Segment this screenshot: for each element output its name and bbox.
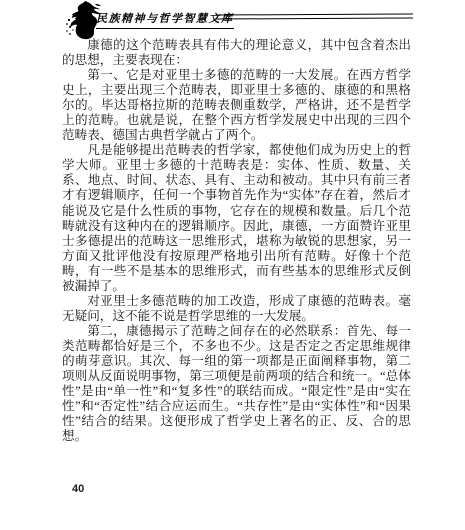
header-double-rule <box>216 13 413 19</box>
series-title: 民族精神与哲学智慧文库 <box>96 10 234 29</box>
body-text: 康德的这个范畴表具有伟大的理论意义，其中包含着杰出的思想，主要表现在： 第一、它… <box>62 38 411 444</box>
paragraph: 第一、它是对亚里士多德的范畴的一大发展。在西方哲学史上，主要出现三个范畴表，即亚… <box>62 68 411 143</box>
paragraph: 对亚里士多德范畴的加工改造，形成了康德的范畴表。毫无疑问，这不能不说是哲学思维的… <box>62 294 411 324</box>
book-page: 民族精神与哲学智慧文库 康德的这个范畴表具有伟大的理论意义，其中包含着杰出的思想… <box>0 0 465 530</box>
paragraph: 凡是能够提出范畴表的哲学家，都使他们成为历史上的哲学大师。亚里士多德的十范畴表是… <box>62 143 411 293</box>
paragraph: 第二，康德揭示了范畴之间存在的必然联系：首先、每一类范畴都恰好是三个，不多也不少… <box>62 324 411 444</box>
page-number: 40 <box>72 483 84 495</box>
paragraph: 康德的这个范畴表具有伟大的理论意义，其中包含着杰出的思想，主要表现在： <box>62 38 411 68</box>
